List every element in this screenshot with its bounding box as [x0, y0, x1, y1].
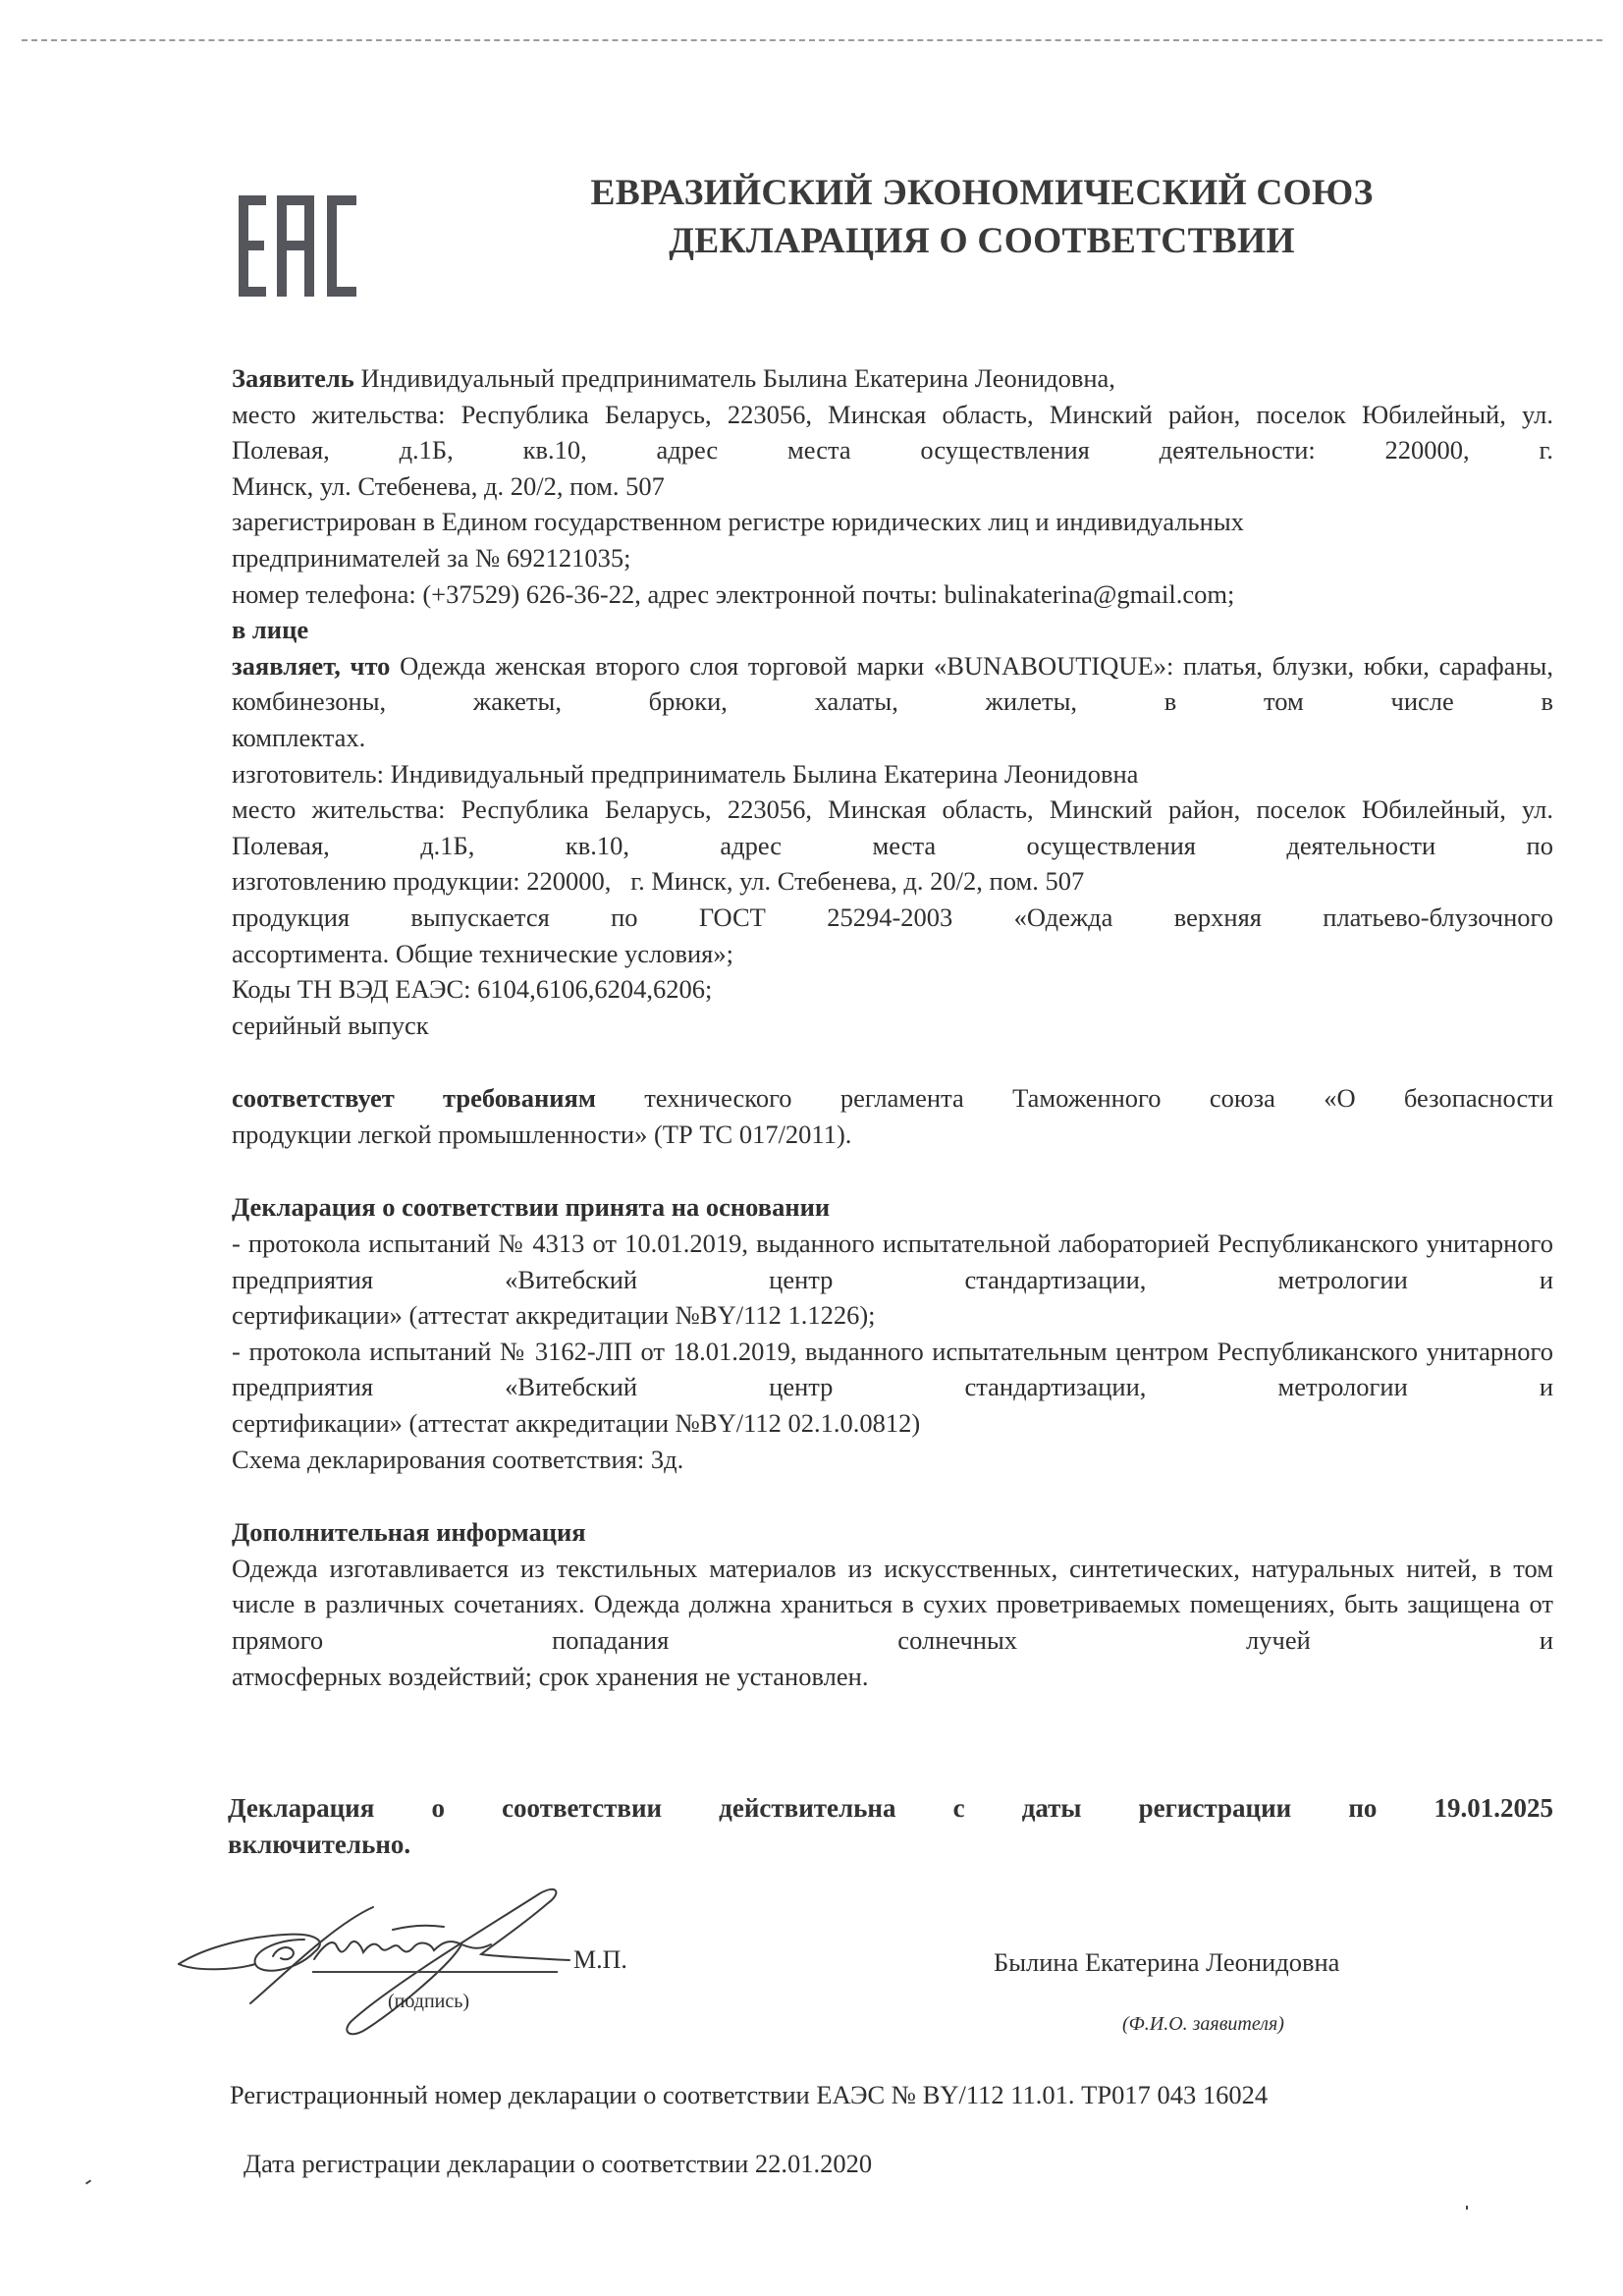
- full-name-caption: (Ф.И.О. заявителя): [1122, 2013, 1284, 2036]
- conformity-label: соответствует требованиям: [232, 1083, 596, 1113]
- registration-date: Дата регистрации декларации о соответств…: [243, 2149, 872, 2179]
- registration-number: Регистрационный номер декларации о соотв…: [230, 2080, 1268, 2110]
- eac-logo-icon: [239, 195, 358, 297]
- in-person-label: в лице: [232, 612, 1553, 648]
- customs-codes: Коды ТН ВЭД ЕАЭС: 6104,6106,6204,6206;: [232, 971, 1553, 1008]
- technical-regulation: продукции легкой промышленности» (ТР ТС …: [232, 1120, 851, 1149]
- validity-statement: Декларация о соответствии действительна …: [228, 1790, 1553, 1863]
- title-declaration: ДЕКЛАРАЦИЯ О СООТВЕТСТВИИ: [442, 217, 1522, 265]
- applicant-residence-end: Минск, ул. Стебенева, д. 20/2, пом. 507: [232, 471, 665, 501]
- applicant-contacts: номер телефона: (+37529) 626-36-22, адре…: [232, 576, 1553, 613]
- document-title: ЕВРАЗИЙСКИЙ ЭКОНОМИЧЕСКИЙ СОЮЗ ДЕКЛАРАЦИ…: [442, 169, 1522, 265]
- manufacturer-address: место жительства: Республика Беларусь, 2…: [232, 792, 1553, 900]
- additional-info-text: Одежда изготавливается из текстильных ма…: [232, 1551, 1553, 1694]
- applicant-label: Заявитель: [232, 363, 354, 393]
- scan-speck: [1466, 2206, 1468, 2210]
- applicant-name: Индивидуальный предприниматель Былина Ек…: [354, 363, 1115, 393]
- declares-label: заявляет, что: [232, 651, 390, 681]
- additional-info-heading: Дополнительная информация: [232, 1514, 1553, 1551]
- test-protocol-2: - протокола испытаний № 3162-ЛП от 18.01…: [232, 1334, 1553, 1442]
- product-description: Одежда женская второго слоя торговой мар…: [232, 651, 1553, 717]
- product-declaration: заявляет, что Одежда женская второго сло…: [232, 648, 1553, 756]
- scan-edge-line: [22, 39, 1602, 41]
- applicant-residence: место жительства: Республика Беларусь, 2…: [232, 397, 1553, 505]
- title-union: ЕВРАЗИЙСКИЙ ЭКОНОМИЧЕСКИЙ СОЮЗ: [442, 169, 1522, 217]
- signature-block: М.П. (подпись): [167, 1886, 717, 2052]
- basis-heading: Декларация о соответствии принята на осн…: [232, 1189, 1553, 1226]
- applicant-section: Заявитель Индивидуальный предприниматель…: [232, 360, 1553, 397]
- seal-placeholder: М.П.: [573, 1945, 627, 1975]
- validity-inclusive: включительно.: [228, 1830, 410, 1859]
- applicant-registration-number: предпринимателей за № 692121035;: [232, 543, 630, 573]
- test-protocol-1: - протокола испытаний № 4313 от 10.01.20…: [232, 1226, 1553, 1334]
- handwritten-signature-icon: [167, 1886, 717, 2052]
- scan-speck: [85, 2179, 91, 2184]
- conformity-statement: соответствует требованиям технического р…: [232, 1080, 1553, 1152]
- signature-line: [312, 1971, 558, 1973]
- declaration-body: Заявитель Индивидуальный предприниматель…: [232, 360, 1553, 1694]
- applicant-registration: зарегистрирован в Едином государственном…: [232, 504, 1553, 575]
- signature-caption: (подпись): [388, 1991, 469, 2013]
- validity-line: Декларация о соответствии действительна …: [228, 1790, 1553, 1827]
- applicant-full-name: Былина Екатерина Леонидовна: [994, 1947, 1339, 1978]
- product-standard: продукция выпускается по ГОСТ 25294-2003…: [232, 900, 1553, 971]
- declaration-scheme: Схема декларирования соответствия: 3д.: [232, 1442, 1553, 1478]
- manufacturer: изготовитель: Индивидуальный предпринима…: [232, 756, 1553, 793]
- release-type: серийный выпуск: [232, 1008, 1553, 1044]
